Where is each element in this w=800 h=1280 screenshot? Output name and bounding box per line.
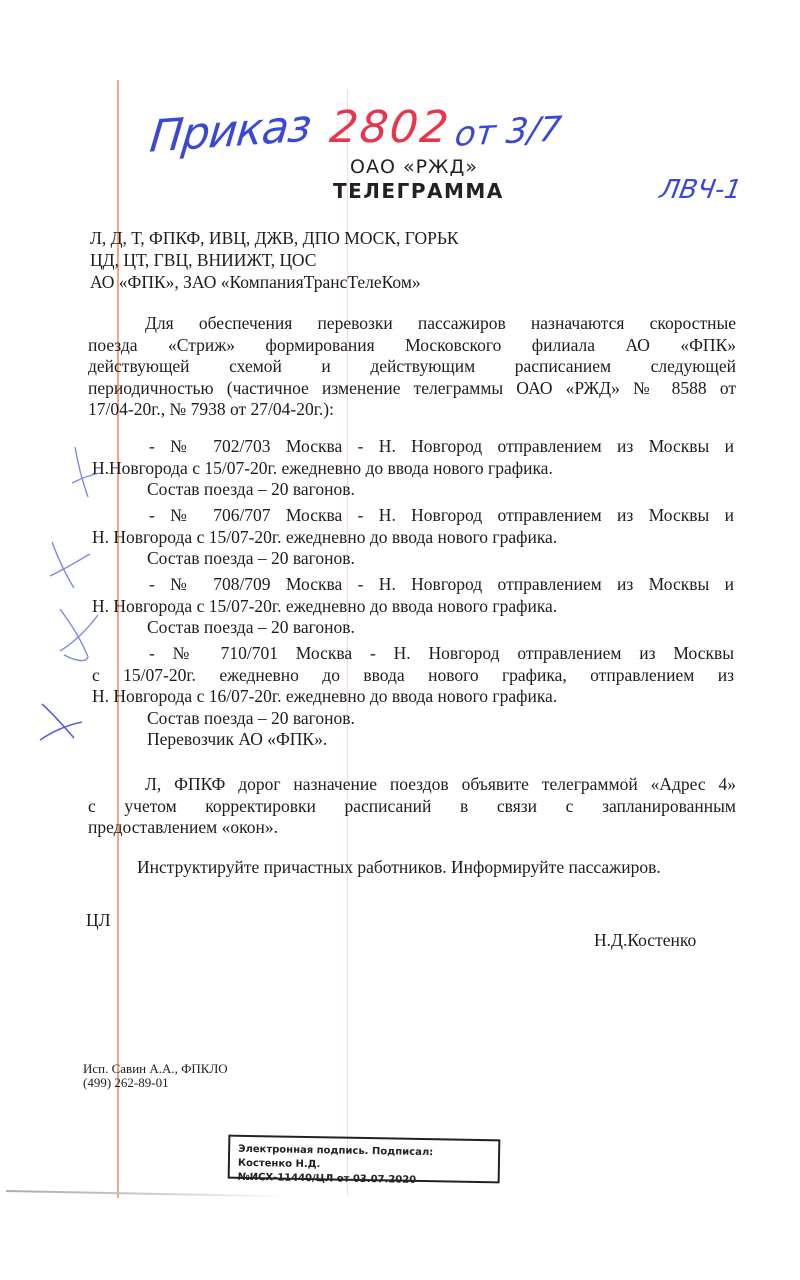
train-entry: - № 710/701 Москва - Н. Новгород отправл… [92,643,734,751]
text-line: - № 702/703 Москва - Н. Новгород отправл… [92,436,734,458]
train-composition: Состав поезда – 20 вагонов. [92,708,734,730]
addressee-line: Л, Д, Т, ФПКФ, ИВЦ, ДЖВ, ДПО МОСК, ГОРЬК [90,227,459,249]
text-line: Для обеспечения перевозки пассажиров наз… [88,313,736,335]
text-line: Н.Новгорода с 15/07-20г. ежедневно до вв… [92,458,734,480]
check-mark-icon [38,700,88,755]
text-line: Н. Новгорода с 15/07-20г. ежедневно до в… [92,527,734,549]
addressee-line: ЦД, ЦТ, ГВЦ, ВНИИЖТ, ЦОС [90,249,459,271]
text-line: Н. Новгорода с 15/07-20г. ежедневно до в… [92,596,734,618]
intro-paragraph: Для обеспечения перевозки пассажиров наз… [88,313,736,421]
train-composition: Состав поезда – 20 вагонов. [92,617,734,639]
train-composition: Состав поезда – 20 вагонов. [92,479,734,501]
train-composition: Состав поезда – 20 вагонов. [92,548,734,570]
train-entry: - № 706/707 Москва - Н. Новгород отправл… [92,505,734,570]
text-line: 17/04-20г., № 7938 от 27/04-20г.): [88,399,736,421]
text-line: - № 708/709 Москва - Н. Новгород отправл… [92,574,734,596]
train-entry: - № 708/709 Москва - Н. Новгород отправл… [92,574,734,639]
executor-name: Исп. Савин А.А., ФПКЛО [83,1061,228,1076]
carrier-line: Перевозчик АО «ФПК». [92,729,734,751]
text-line: поезда «Стриж» формирования Московского … [88,335,736,357]
instruction-paragraph: Л, ФПКФ дорог назначение поездов объявит… [88,774,736,839]
train-entry: - № 702/703 Москва - Н. Новгород отправл… [92,436,734,501]
e-signature-stamp: Электронная подпись. Подписал: Костенко … [228,1135,501,1184]
sender-code: ЦЛ [86,909,111,931]
text-line: предоставлением «окон». [88,817,736,839]
document-title: ТЕЛЕГРАММА [333,179,504,203]
text-line: - № 706/707 Москва - Н. Новгород отправл… [92,505,734,527]
text-line: действующей схемой и действующим расписа… [88,356,736,378]
handwritten-prikaz: Приказ [147,100,313,163]
text-line: с 15/07-20г. ежедневно до ввода нового г… [92,665,734,687]
e-signature-number: №ИСХ-11440/ЦЛ от 03.07.2020 [238,1171,490,1189]
text-line: Н. Новгорода с 16/07-20г. ежедневно до в… [92,686,734,708]
check-mark-icon [48,540,98,605]
handwritten-routing: ЛВЧ-1 [657,175,743,205]
scan-edge-line [6,1190,286,1197]
executor-phone: (499) 262-89-01 [83,1075,169,1090]
handwritten-date: от 3/7 [453,109,564,155]
text-line: с учетом корректировки расписаний в связ… [88,796,736,818]
text-line: Л, ФПКФ дорог назначение поездов объявит… [88,774,736,796]
addressees-block: Л, Д, Т, ФПКФ, ИВЦ, ДЖВ, ДПО МОСК, ГОРЬК… [90,227,459,293]
text-line: периодичностью (частичное изменение теле… [88,378,736,400]
organization-name: ОАО «РЖД» [350,156,478,178]
addressee-line: АО «ФПК», ЗАО «КомпанияТрансТелеКом» [90,271,459,293]
signatory-name: Н.Д.Костенко [594,929,696,951]
handwritten-order-number: 2802 [327,102,452,153]
text-line: - № 710/701 Москва - Н. Новгород отправл… [92,643,734,665]
closing-instruction: Инструктируйте причастных работников. Ин… [137,856,661,878]
e-signature-line: Электронная подпись. Подписал: Костенко … [238,1143,490,1175]
check-mark-icon [70,445,110,510]
check-mark-icon [58,605,108,670]
